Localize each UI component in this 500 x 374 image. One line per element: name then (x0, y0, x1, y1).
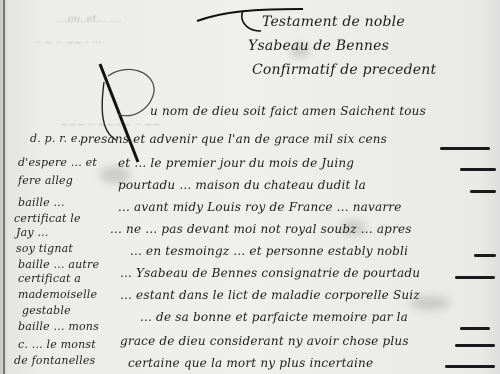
body-line-1: u nom de dieu soit faict amen Saichent t… (150, 104, 426, 118)
body-line-11: grace de dieu considerant ny avoir chose… (120, 334, 409, 348)
line-end-stroke (455, 276, 495, 279)
body-line-12: certaine que la mort ny plus incertaine (128, 356, 373, 370)
body-line-8: ... Ysabeau de Bennes consignatrie de po… (120, 266, 420, 280)
margin-note: baille ... mons (18, 320, 99, 333)
page-binding-edge (3, 0, 5, 374)
body-line-4: pourtadu ... maison du chateau dudit la (118, 178, 366, 192)
heading-line-1: Testament de noble (262, 14, 405, 30)
margin-note: soy tignat (16, 242, 73, 255)
ink-smudge (410, 296, 450, 310)
ink-smudge (340, 220, 366, 236)
body-line-3: et ... le premier jour du mois de Juing (118, 156, 354, 170)
margin-note: c. ... le monst (18, 338, 96, 351)
margin-note: baille ... (18, 196, 65, 209)
margin-note: baille ... autre (18, 258, 99, 271)
body-line-2: presans et advenir que l'an de grace mil… (80, 132, 387, 146)
body-line-9: ... estant dans le lict de maladie corpo… (120, 288, 420, 302)
ink-smudge (290, 44, 310, 58)
heading-line-2: Ysabeau de Bennes (248, 38, 389, 54)
bleed-through-text: ·· ~ ·· ~~ · ··· (35, 38, 101, 49)
margin-note: d. p. r. e. (30, 132, 81, 145)
line-end-stroke (455, 344, 495, 347)
line-end-stroke (440, 147, 490, 150)
body-line-7: ... en tesmoingz ... et personne estably… (130, 244, 408, 258)
body-line-6: ... ne ... pas devant moi not royal soub… (110, 222, 412, 236)
margin-note: gestable (22, 304, 71, 317)
margin-note: de fontanelles (14, 354, 95, 367)
body-line-5: ... avant midy Louis roy de France ... n… (118, 200, 402, 214)
manuscript-page: ....ou..et... .... ·· ~ ·· ~~ · ··· ~~~ … (0, 0, 500, 374)
margin-note: fere alleg (18, 174, 73, 187)
line-end-stroke (470, 190, 496, 193)
margin-note: certificat a (18, 272, 81, 285)
line-end-stroke (460, 168, 496, 171)
heading-line-3: Confirmatif de precedent (252, 62, 436, 78)
line-end-stroke (445, 365, 495, 368)
margin-note: Jay ... (16, 226, 49, 239)
line-end-stroke (460, 327, 490, 330)
margin-note: certificat le (14, 212, 81, 225)
margin-note: mademoiselle (18, 288, 97, 301)
body-line-10: ... de sa bonne et parfaicte memoire par… (140, 310, 408, 324)
margin-note: d'espere ... et (18, 156, 97, 169)
line-end-stroke (474, 254, 496, 257)
bleed-through-text: ....ou..et... .... (55, 14, 122, 25)
ink-smudge (100, 166, 130, 184)
